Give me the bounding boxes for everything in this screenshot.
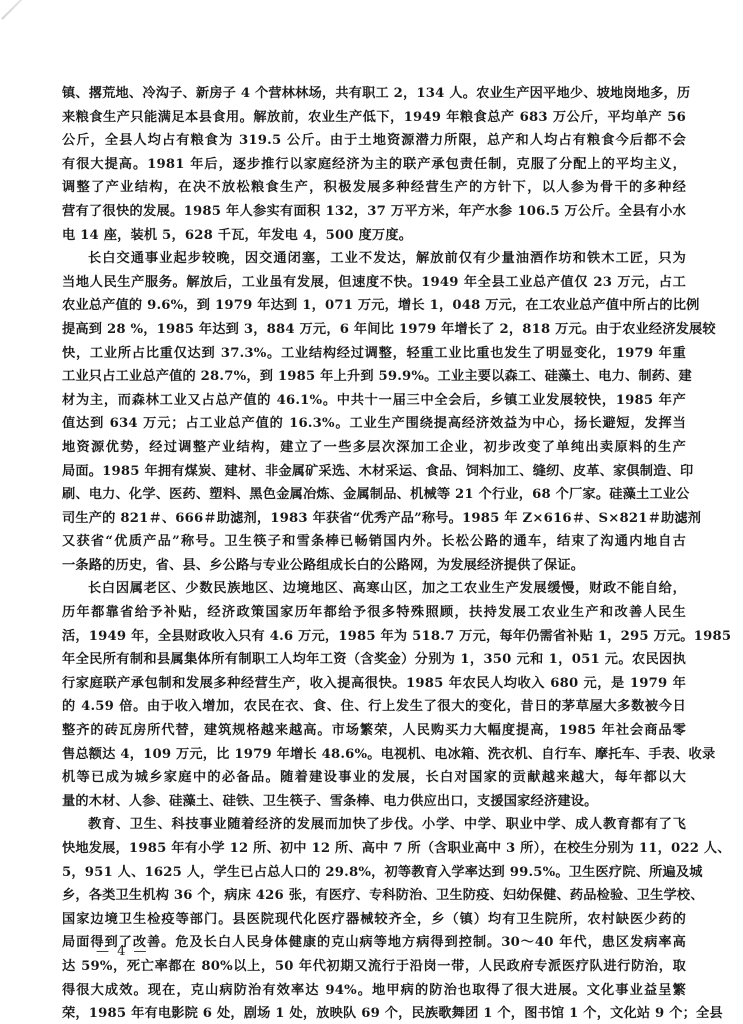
page-number: — 4 —	[96, 944, 149, 959]
text-line: 材为主，而森林工业又占总产值的 46.1%。中共十一届三中全会后，乡镇工业发展较…	[62, 389, 686, 413]
text-line: 电 14 座，装机 5，628 千瓦，年发电 4，500 度万度。	[62, 224, 686, 248]
text-line: 提高到 28 %，1985 年达到 3，884 万元，6 年间比 1979 年增…	[62, 318, 686, 342]
paragraph-agriculture: 镇、撂荒地、冷沟子、新房子 4 个营林林场，共有职工 2，134 人。农业生产因…	[62, 82, 686, 247]
text-line: 有很大提高。1981 年后，逐步推行以家庭经济为主的联产承包责任制，克服了分配上…	[62, 153, 686, 177]
text-line: 机等已成为城乡家庭中的必备品。随着建设事业的发展，长白对国家的贡献越来越大，每年…	[62, 766, 686, 790]
text-line: 局面得到了改善。危及长白人民身体健康的克山病等地方病得到控制。30～40 年代，…	[62, 931, 686, 955]
paragraph-industry: 长白交通事业起步较晚，因交通闭塞，工业不发达，解放前仅有少量油酒作坊和铁木工匠，…	[62, 247, 686, 577]
text-line: 教育、卫生、科技事业随着经济的发展而加快了步伐。小学、中学、职业中学、成人教育都…	[62, 813, 686, 837]
text-line: 镇、撂荒地、冷沟子、新房子 4 个营林林场，共有职工 2，134 人。农业生产因…	[62, 82, 686, 106]
text-line: 年全民所有制和县属集体所有制职工人均年工资（含奖金）分别为 1，350 元和 1…	[62, 648, 686, 672]
scan-watermark	[1, 0, 31, 20]
text-line: 长白因属老区、少数民族地区、边境地区、高寒山区，加之工农业生产发展缓慢，财政不能…	[62, 577, 686, 601]
text-line: 快地发展，1985 年有小学 12 所、初中 12 所、高中 7 所（含职业高中…	[62, 837, 686, 861]
text-line: 工业只占工业总产值的 28.7%，到 1985 年上升到 59.9%。工业主要以…	[62, 365, 686, 389]
text-line: 司生产的 821＃、666＃助滤剂，1983 年获省“优秀产品”称号。1985 …	[62, 507, 686, 531]
text-line: 活，1949 年，全县财政收入只有 4.6 万元，1985 年为 518.7 万…	[62, 625, 686, 649]
text-line: 5，951 人、1625 人，学生已占总人口的 29.8%，初等教育入学率达到 …	[62, 861, 686, 885]
text-line: 刷、电力、化学、医药、塑料、黑色金属冶炼、金属制品、机械等 21 个行业，68 …	[62, 483, 686, 507]
paragraph-education-health: 教育、卫生、科技事业随着经济的发展而加快了步伐。小学、中学、职业中学、成人教育都…	[62, 813, 686, 1024]
text-line: 地资源优势，经过调整产业结构，建立了一些多层次深加工企业，初步改变了单纯出卖原料…	[62, 436, 686, 460]
paragraph-finance: 长白因属老区、少数民族地区、边境地区、高寒山区，加之工农业生产发展缓慢，财政不能…	[62, 577, 686, 813]
text-line: 农业总产值的 9.6%，到 1979 年达到 1，071 万元，增长 1，048…	[62, 294, 686, 318]
text-line: 一条路的历史，省、县、乡公路与专业公路组成长白的公路网，为发展经济提供了保证。	[62, 554, 686, 578]
text-line: 公斤，全县人均占有粮食为 319.5 公斤。由于土地资源潜力所限，总产和人均占有…	[62, 129, 686, 153]
text-line: 国家边境卫生检疫等部门。县医院现代化医疗器械较齐全，乡（镇）均有卫生院所，农村缺…	[62, 908, 686, 932]
text-line: 快，工业所占比重仅达到 37.3%。工业结构经过调整，轻重工业比重也发生了明显变…	[62, 342, 686, 366]
text-line: 又获省“优质产品”称号。卫生筷子和雪条棒已畅销国内外。长松公路的通车，结束了沟通…	[62, 530, 686, 554]
text-line: 行家庭联产承包制和发展多种经营生产，收入提高很快。1985 年农民人均收入 68…	[62, 672, 686, 696]
text-line: 当地人民生产服务。解放后，工业虽有发展，但速度不快。1949 年全县工业总产值仅…	[62, 271, 686, 295]
text-line: 达 59%，死亡率都在 80%以上，50 年代初期又流行于沿岗一带，人民政府专派…	[62, 955, 686, 979]
text-line: 调整了产业结构，在决不放松粮食生产，积极发展多种经营生产的方针下，以人参为骨干的…	[62, 176, 686, 200]
text-line: 整齐的砖瓦房所代替，建筑规格越来越高。市场繁荣，人民购买力大幅度提高，1985 …	[62, 719, 686, 743]
text-line: 售总额达 4，109 万元，比 1979 年增长 48.6%。电视机、电冰箱、洗…	[62, 743, 686, 767]
text-line: 乡，各类卫生机构 36 个，病床 426 张，有医疗、专科防治、卫生防疫、妇幼保…	[62, 884, 686, 908]
text-line: 荣，1985 年有电影院 6 处，剧场 1 处，放映队 69 个，民族歌舞团 1…	[62, 1002, 686, 1024]
text-line: 长白交通事业起步较晚，因交通闭塞，工业不发达，解放前仅有少量油酒作坊和铁木工匠，…	[62, 247, 686, 271]
text-line: 来粮食生产只能满足本县食用。解放前，农业生产低下，1949 年粮食总产 683 …	[62, 106, 686, 130]
text-line: 得很大成效。现在，克山病防治有效率达 94%。地甲病的防治也取得了很大进展。文化…	[62, 979, 686, 1003]
page-body: 镇、撂荒地、冷沟子、新房子 4 个营林林场，共有职工 2，134 人。农业生产因…	[62, 82, 686, 1024]
text-line: 量的木材、人参、硅藻土、硅铁、卫生筷子、雪条棒、电力供应出口，支援国家经济建设。	[62, 790, 686, 814]
text-line: 营有了很快的发展。1985 年人参实有面积 132，37 万平方米，年产水参 1…	[62, 200, 686, 224]
text-line: 历年都靠省给予补贴，经济政策国家历年都给予很多特殊照顾，扶持发展工农业生产和改善…	[62, 601, 686, 625]
text-line: 的 4.59 倍。由于收入增加，农民在衣、食、住、行上发生了很大的变化，昔日的茅…	[62, 695, 686, 719]
text-line: 值达到 634 万元；占工业总产值的 16.3%。工业生产围绕提高经济效益为中心…	[62, 412, 686, 436]
text-line: 局面。1985 年拥有煤炭、建材、非金属矿采选、木材采运、食品、饲料加工、缝纫、…	[62, 460, 686, 484]
